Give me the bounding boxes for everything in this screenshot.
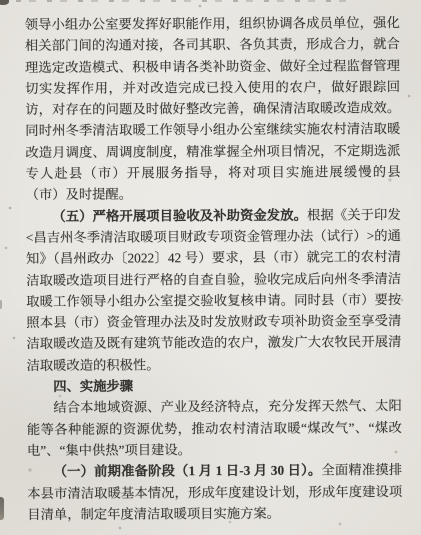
paragraph-continuation: 领导小组办公室要发挥好职能作用，组织协调各成员单位，强化相关部门间的沟通对接，各…	[25, 12, 401, 206]
paragraph-implementation-intro: 结合本地域资源、产业及经济特点，充分发挥天然气、太阳能等各种能源的资源优势，推动…	[27, 395, 402, 461]
section-5-body-text: 根据《关于印发<昌吉州冬季清洁取暖项目财政专项资金管理办法（试行）>的通知》（昌…	[26, 207, 402, 373]
chapter-4-heading-text: 四、实施步骤	[53, 378, 133, 393]
paragraph-text: 领导小组办公室要发挥好职能作用，组织协调各成员单位，强化相关部门间的沟通对接，各…	[25, 15, 401, 202]
phase-1-heading-text: （一）前期准备阶段（1 月 1 日-3 月 30 日）。	[54, 463, 322, 479]
scan-artifact-left-bottom	[0, 497, 4, 520]
section-5-heading-text: （五）严格开展项目验收及补助资金发放。	[52, 207, 307, 223]
paragraph-phase-1: （一）前期准备阶段（1 月 1 日-3 月 30 日）。全面精准摸排本县市清洁取…	[27, 459, 402, 525]
scan-artifact-left-mid	[0, 300, 2, 309]
chapter-4-heading: 四、实施步骤	[27, 374, 402, 397]
paragraph-text: 结合本地域资源、产业及经济特点，充分发挥天然气、太阳能等各种能源的资源优势，推动…	[27, 398, 402, 458]
document-text-block: 领导小组办公室要发挥好职能作用，组织协调各成员单位，强化相关部门间的沟通对接，各…	[25, 12, 403, 525]
scan-artifact-top-edge	[16, 0, 346, 2]
paragraph-section-5: （五）严格开展项目验收及补助资金发放。根据《关于印发<昌吉州冬季清洁取暖项目财政…	[26, 204, 402, 376]
